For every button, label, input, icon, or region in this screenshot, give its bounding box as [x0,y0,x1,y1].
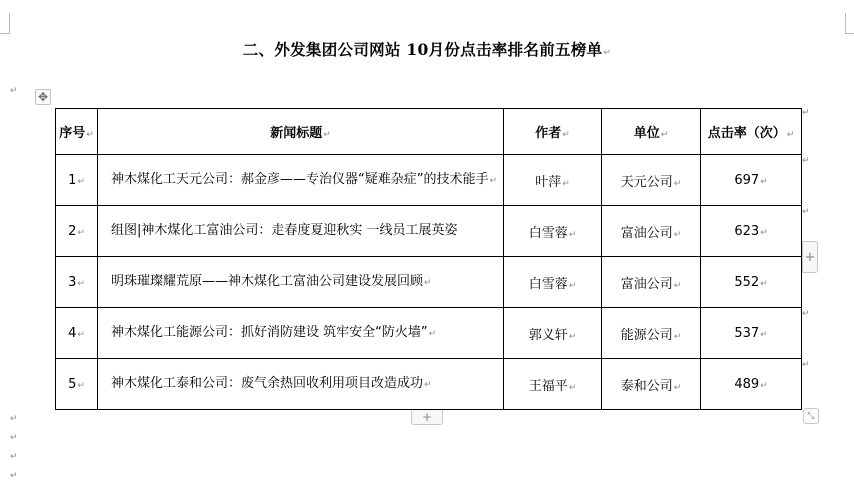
cell-title-text: 神木煤化工能源公司：抓好消防建设 筑牢安全“防火墙” [111,325,428,340]
paragraph-mark-icon: ↵ [10,452,18,462]
cell-index-text: 4 [68,326,76,341]
paragraph-mark-icon: ↵ [569,332,577,342]
paragraph-mark-icon: ↵ [787,130,795,140]
paragraph-mark-icon: ↵ [562,179,570,189]
table-header-row: 序号↵ 新闻标题↵ 作者↵ 单位↵ 点击率（次）↵ [56,109,802,155]
row-end-mark-icon: ↵ [802,108,810,118]
paragraph-mark-icon: ↵ [569,281,577,291]
paragraph-mark-icon: ↵ [760,228,768,238]
header-clicks-label: 点击率（次） [708,126,786,141]
cell-title[interactable]: 组图|神木煤化工富油公司：走春度夏迎秋实 一线员工展英姿 [98,206,504,257]
header-author[interactable]: 作者↵ [504,109,602,155]
cell-author-text: 白雪蓉 [529,277,568,292]
paragraph-mark-icon: ↵ [77,381,85,391]
paragraph-mark-icon: ↵ [569,230,577,240]
table-row: 2↵ 组图|神木煤化工富油公司：走春度夏迎秋实 一线员工展英姿 白雪蓉↵ 富油公… [56,206,802,257]
cell-index-text: 5 [68,377,76,392]
paragraph-mark-icon: ↵ [10,433,18,443]
paragraph-mark-icon: ↵ [429,329,437,339]
cell-title-text: 组图|神木煤化工富油公司：走春度夏迎秋实 一线员工展英姿 [111,223,458,238]
paragraph-mark-icon: ↵ [86,130,94,140]
cell-unit[interactable]: 富油公司↵ [602,257,701,308]
cell-author[interactable]: 白雪蓉↵ [504,206,602,257]
table-row: 4↵ 神木煤化工能源公司：抓好消防建设 筑牢安全“防火墙”↵ 郭义轩↵ 能源公司… [56,308,802,359]
cell-index-text: 1 [68,173,76,188]
cell-clicks-text: 537 [734,326,759,341]
cell-index-text: 2 [68,224,76,239]
cell-title-text: 神木煤化工天元公司：郝金彦——专治仪器“疑难杂症”的技术能手 [111,172,488,187]
header-author-label: 作者 [535,126,561,141]
header-index[interactable]: 序号↵ [56,109,98,155]
paragraph-mark-icon: ↵ [760,330,768,340]
table-row: 5↵ 神木煤化工泰和公司：废气余热回收利用项目改造成功↵ 王福平↵ 泰和公司↵ … [56,359,802,410]
header-unit-label: 单位 [634,126,660,141]
header-unit[interactable]: 单位↵ [602,109,701,155]
plus-icon: + [422,410,432,424]
cell-author[interactable]: 白雪蓉↵ [504,257,602,308]
page-corner-mark-top-left [0,13,10,34]
paragraph-mark-icon: ↵ [674,281,682,291]
cell-title-text: 神木煤化工泰和公司：废气余热回收利用项目改造成功 [111,376,423,391]
paragraph-mark-icon: ↵ [562,130,570,140]
cell-unit[interactable]: 天元公司↵ [602,155,701,206]
paragraph-mark-icon: ↵ [424,278,432,288]
cell-author-text: 叶萍 [535,175,561,190]
document-title: 二、外发集团公司网站 10月份点击率排名前五榜单↵ [0,38,854,60]
paragraph-mark-icon: ↵ [760,177,768,187]
cell-clicks[interactable]: 697↵ [701,155,802,206]
header-index-label: 序号 [59,126,85,141]
cell-index[interactable]: 4↵ [56,308,98,359]
row-end-mark-icon: ↵ [802,309,810,319]
paragraph-mark-icon: ↵ [424,380,432,390]
cell-unit[interactable]: 能源公司↵ [602,308,701,359]
header-title-label: 新闻标题 [270,126,322,141]
cell-author-text: 王福平 [529,379,568,394]
cell-clicks-text: 623 [734,224,759,239]
cell-clicks[interactable]: 623↵ [701,206,802,257]
paragraph-mark-icon: ↵ [569,383,577,393]
paragraph-mark-icon: ↵ [603,48,611,58]
cell-unit[interactable]: 泰和公司↵ [602,359,701,410]
paragraph-mark-icon: ↵ [77,330,85,340]
table-row: 1↵ 神木煤化工天元公司：郝金彦——专治仪器“疑难杂症”的技术能手↵ 叶萍↵ 天… [56,155,802,206]
cell-author-text: 郭义轩 [529,328,568,343]
cell-unit-text: 富油公司 [621,226,673,241]
table-move-handle-icon[interactable]: ✥ [35,89,51,105]
paragraph-mark-icon: ↵ [760,279,768,289]
cell-unit[interactable]: 富油公司↵ [602,206,701,257]
cell-author-text: 白雪蓉 [529,226,568,241]
paragraph-mark-icon: ↵ [10,414,18,424]
document-title-text: 二、外发集团公司网站 10月份点击率排名前五榜单 [243,40,603,59]
paragraph-mark-icon: ↵ [77,228,85,238]
cell-author[interactable]: 叶萍↵ [504,155,602,206]
cell-index[interactable]: 3↵ [56,257,98,308]
cell-clicks-text: 697 [734,173,759,188]
row-end-mark-icon: ↵ [802,360,810,370]
add-column-button[interactable]: + [802,241,818,273]
paragraph-mark-icon: ↵ [10,471,18,481]
cell-clicks[interactable]: 489↵ [701,359,802,410]
table-row: 3↵ 明珠璀璨耀荒原——神木煤化工富油公司建设发展回顾↵ 白雪蓉↵ 富油公司↵ … [56,257,802,308]
add-row-button[interactable]: + [411,410,443,425]
cell-index-text: 3 [68,275,76,290]
paragraph-mark-icon: ↵ [77,177,85,187]
cell-title-text: 明珠璀璨耀荒原——神木煤化工富油公司建设发展回顾 [111,274,423,289]
paragraph-mark-icon: ↵ [760,381,768,391]
paragraph-mark-icon: ↵ [489,176,497,186]
cell-index[interactable]: 2↵ [56,206,98,257]
header-clicks[interactable]: 点击率（次）↵ [701,109,802,155]
cell-title[interactable]: 神木煤化工泰和公司：废气余热回收利用项目改造成功↵ [98,359,504,410]
cell-author[interactable]: 王福平↵ [504,359,602,410]
paragraph-mark-icon: ↵ [323,130,331,140]
cell-index[interactable]: 5↵ [56,359,98,410]
row-end-mark-icon: ↵ [802,156,810,166]
header-title[interactable]: 新闻标题↵ [98,109,504,155]
paragraph-mark-icon: ↵ [674,383,682,393]
cell-title[interactable]: 神木煤化工天元公司：郝金彦——专治仪器“疑难杂症”的技术能手↵ [98,155,504,206]
paragraph-mark-icon: ↵ [77,279,85,289]
cell-unit-text: 泰和公司 [621,379,673,394]
cell-title[interactable]: 神木煤化工能源公司：抓好消防建设 筑牢安全“防火墙”↵ [98,308,504,359]
paragraph-mark-icon: ↵ [661,130,669,140]
cell-clicks-text: 489 [734,377,759,392]
cell-index[interactable]: 1↵ [56,155,98,206]
page-corner-mark-top-right [845,13,854,34]
cell-unit-text: 富油公司 [621,277,673,292]
cell-unit-text: 能源公司 [621,328,673,343]
cell-author[interactable]: 郭义轩↵ [504,308,602,359]
paragraph-mark-icon: ↵ [10,86,18,96]
paragraph-mark-icon: ↵ [674,332,682,342]
cell-clicks-text: 552 [734,275,759,290]
table-resize-handle-icon[interactable]: ⤡ [803,408,819,424]
ranking-table: 序号↵ 新闻标题↵ 作者↵ 单位↵ 点击率（次）↵ 1↵ 神木煤化工天元公司：郝… [55,108,802,410]
paragraph-mark-icon: ↵ [674,179,682,189]
paragraph-mark-icon: ↵ [674,230,682,240]
cell-clicks[interactable]: 552↵ [701,257,802,308]
cell-title[interactable]: 明珠璀璨耀荒原——神木煤化工富油公司建设发展回顾↵ [98,257,504,308]
row-end-mark-icon: ↵ [802,207,810,217]
plus-icon: + [805,250,816,265]
cell-unit-text: 天元公司 [621,175,673,190]
cell-clicks[interactable]: 537↵ [701,308,802,359]
